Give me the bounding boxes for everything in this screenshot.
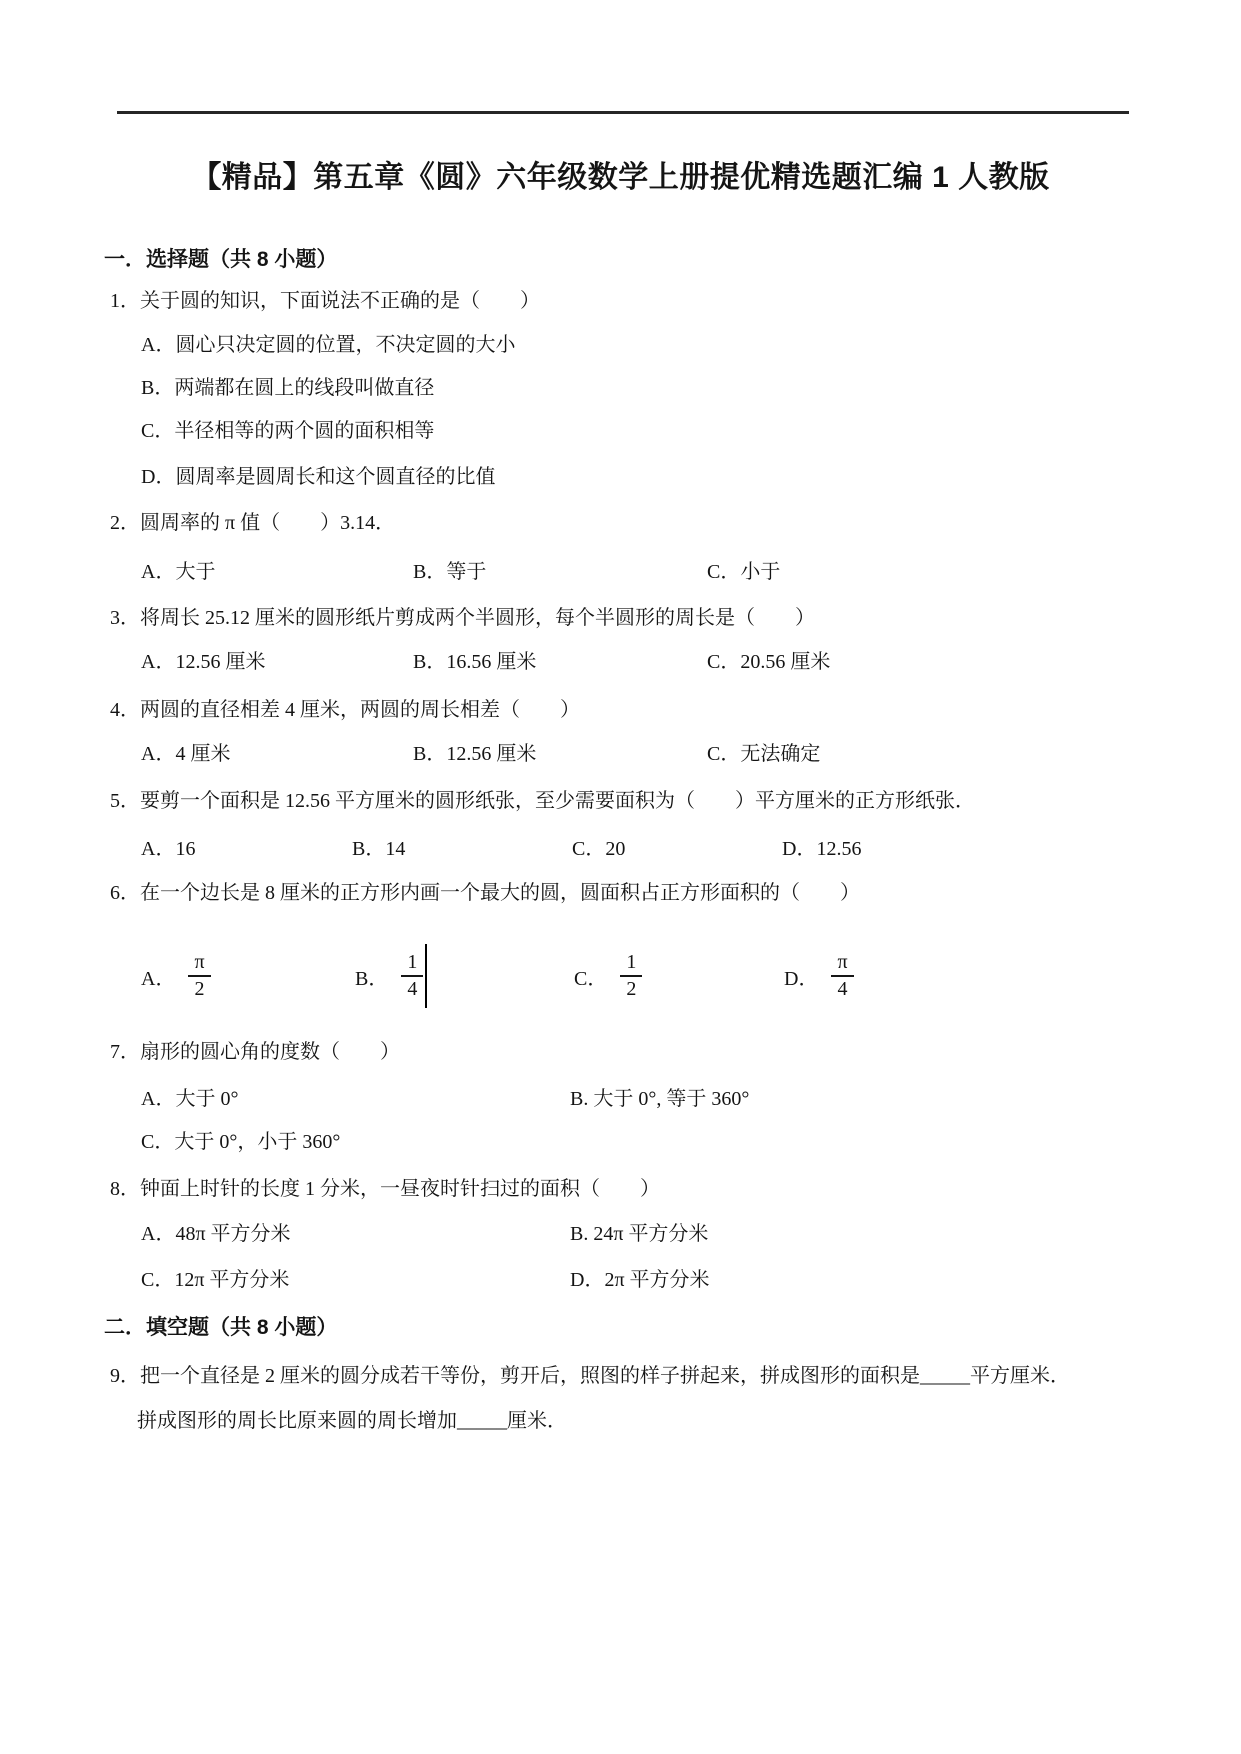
text-cursor [425, 944, 427, 1008]
question-6-options-row: A． π 2 B． 1 4 C． 1 2 D． π 4 [0, 941, 1241, 1011]
question-2-option-c: C．小于 [707, 561, 780, 584]
question-7-options-row-1: A．大于 0° B. 大于 0°, 等于 360° [0, 1088, 1241, 1114]
question-3-stem: 3．将周长 25.12 厘米的圆形纸片剪成两个半圆形，每个半圆形的周长是（ ） [110, 607, 815, 630]
question-3-option-c: C．20.56 厘米 [707, 651, 830, 674]
question-3-option-b: B．16.56 厘米 [413, 651, 536, 674]
question-3-option-a: A．12.56 厘米 [141, 651, 265, 674]
question-4-option-c: C．无法确定 [707, 743, 820, 766]
document-page: 【精品】第五章《圆》六年级数学上册提优精选题汇编 1 人教版 一．选择题（共 8… [0, 0, 1241, 1754]
question-5-stem: 5．要剪一个面积是 12.56 平方厘米的圆形纸张，至少需要面积为（ ）平方厘米… [110, 790, 975, 813]
fraction-pi-over-2: π 2 [188, 950, 210, 1002]
question-2-options-row: A．大于 B．等于 C．小于 [0, 561, 1241, 587]
question-3-options-row: A．12.56 厘米 B．16.56 厘米 C．20.56 厘米 [0, 651, 1241, 677]
question-1-option-b: B．两端都在圆上的线段叫做直径 [141, 377, 434, 400]
header-rule [117, 111, 1129, 114]
question-8-option-c: C．12π 平方分米 [141, 1269, 289, 1292]
question-6-option-c-label: C． [574, 962, 607, 991]
question-4-options-row: A．4 厘米 B．12.56 厘米 C．无法确定 [0, 743, 1241, 769]
question-8-option-b: B. 24π 平方分米 [570, 1223, 708, 1246]
question-5-options-row: A．16 B．14 C．20 D．12.56 [0, 838, 1241, 864]
question-1-option-d: D．圆周率是圆周长和这个圆直径的比值 [141, 466, 495, 489]
question-6-option-a: A． π 2 [141, 941, 211, 1011]
question-8-options-row-2: C．12π 平方分米 D．2π 平方分米 [0, 1269, 1241, 1295]
question-2-stem: 2．圆周率的 π 值（ ）3.14． [110, 512, 395, 535]
question-5-option-b: B．14 [352, 838, 405, 861]
question-9-line-1: 9．把一个直径是 2 厘米的圆分成若干等份，剪开后，照图的样子拼起来，拼成图形的… [110, 1365, 1070, 1388]
question-8-options-row-1: A．48π 平方分米 B. 24π 平方分米 [0, 1223, 1241, 1249]
question-5-option-c: C．20 [572, 838, 625, 861]
section-1-heading: 一．选择题（共 8 小题） [104, 248, 337, 272]
question-8-option-a: A．48π 平方分米 [141, 1223, 291, 1246]
question-6-stem: 6．在一个边长是 8 厘米的正方形内画一个最大的圆，圆面积占正方形面积的（ ） [110, 882, 860, 905]
fraction-1-over-2: 1 2 [620, 950, 642, 1002]
question-7-option-a: A．大于 0° [141, 1088, 238, 1111]
question-1-option-a: A．圆心只决定圆的位置，不决定圆的大小 [141, 334, 515, 357]
question-5-option-d: D．12.56 [782, 838, 861, 861]
question-8-option-d: D．2π 平方分米 [570, 1269, 710, 1292]
document-title: 【精品】第五章《圆》六年级数学上册提优精选题汇编 1 人教版 [0, 161, 1241, 196]
question-8-stem: 8．钟面上时针的长度 1 分米，一昼夜时针扫过的面积（ ） [110, 1178, 660, 1201]
question-4-option-a: A．4 厘米 [141, 743, 230, 766]
question-4-stem: 4．两圆的直径相差 4 厘米，两圆的周长相差（ ） [110, 699, 580, 722]
fraction-1-over-4: 1 4 [401, 950, 423, 1002]
question-5-option-a: A．16 [141, 838, 195, 861]
question-2-option-b: B．等于 [413, 561, 486, 584]
question-4-option-b: B．12.56 厘米 [413, 743, 536, 766]
section-2-heading: 二．填空题（共 8 小题） [104, 1316, 337, 1340]
question-6-option-b-label: B． [355, 962, 388, 991]
question-6-option-a-label: A． [141, 962, 175, 991]
fraction-pi-over-4: π 4 [831, 950, 853, 1002]
question-1-stem: 1．关于圆的知识，下面说法不正确的是（ ） [110, 290, 540, 313]
question-6-option-d: D． π 4 [784, 941, 854, 1011]
question-7-option-b: B. 大于 0°, 等于 360° [570, 1088, 749, 1111]
question-9-line-2: 拼成图形的周长比原来圆的周长增加_____厘米． [137, 1410, 567, 1433]
question-6-option-b: B． 1 4 [355, 941, 427, 1011]
question-6-option-c: C． 1 2 [574, 941, 642, 1011]
question-2-option-a: A．大于 [141, 561, 215, 584]
question-7-options-row-2: C．大于 0°，小于 360° [0, 1131, 1241, 1157]
question-7-stem: 7．扇形的圆心角的度数（ ） [110, 1041, 400, 1064]
question-6-option-d-label: D． [784, 962, 818, 991]
question-7-option-c: C．大于 0°，小于 360° [141, 1131, 340, 1154]
question-1-option-c: C．半径相等的两个圆的面积相等 [141, 420, 434, 443]
